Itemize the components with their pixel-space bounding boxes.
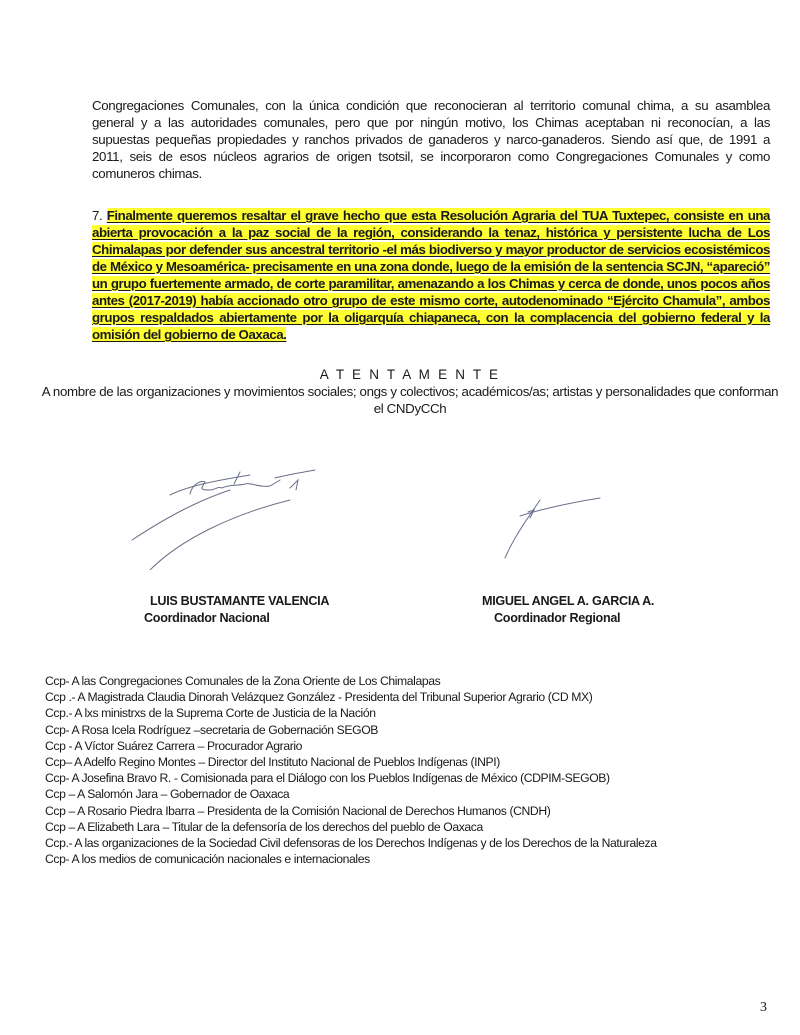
ccp-item: Ccp - A Víctor Suárez Carrera – Procurad… bbox=[45, 738, 657, 754]
ccp-item: Ccp- A las Congregaciones Comunales de l… bbox=[45, 673, 657, 689]
point-seven-paragraph: 7. Finalmente queremos resaltar el grave… bbox=[92, 207, 770, 343]
signatory-role: Coordinador Nacional bbox=[144, 610, 329, 627]
closing-salutation: A T E N T A M E N T E bbox=[40, 366, 780, 383]
signatory-right: MIGUEL ANGEL A. GARCIA A. Coordinador Re… bbox=[482, 593, 654, 627]
ccp-item: Ccp.- A las organizaciones de la Socieda… bbox=[45, 835, 657, 851]
point-number: 7. bbox=[92, 208, 102, 223]
page-number: 3 bbox=[760, 1000, 767, 1016]
intro-paragraph-text: Congregaciones Comunales, con la única c… bbox=[92, 98, 770, 181]
ccp-item: Ccp- A los medios de comunicación nacion… bbox=[45, 851, 657, 867]
ccp-item: Ccp.- A lxs ministrxs de la Suprema Cort… bbox=[45, 705, 657, 721]
ccp-item: Ccp – A Elizabeth Lara – Titular de la d… bbox=[45, 819, 657, 835]
signatory-left: LUIS BUSTAMANTE VALENCIA Coordinador Nac… bbox=[150, 593, 329, 627]
signature-right-image bbox=[490, 480, 610, 560]
ccp-list: Ccp- A las Congregaciones Comunales de l… bbox=[45, 673, 657, 867]
signature-left-image bbox=[130, 460, 330, 570]
ccp-item: Ccp- A Rosa Icela Rodríguez –secretaria … bbox=[45, 722, 657, 738]
signatory-name: LUIS BUSTAMANTE VALENCIA bbox=[150, 593, 329, 610]
ccp-item: Ccp– A Adelfo Regino Montes – Director d… bbox=[45, 754, 657, 770]
signatory-role: Coordinador Regional bbox=[494, 610, 654, 627]
signatory-name: MIGUEL ANGEL A. GARCIA A. bbox=[482, 593, 654, 610]
ccp-item: Ccp – A Salomón Jara – Gobernador de Oax… bbox=[45, 786, 657, 802]
highlighted-statement: Finalmente queremos resaltar el grave he… bbox=[92, 208, 770, 342]
ccp-item: Ccp .- A Magistrada Claudia Dinorah Velá… bbox=[45, 689, 657, 705]
ccp-item: Ccp – A Rosario Piedra Ibarra – Presiden… bbox=[45, 803, 657, 819]
ccp-item: Ccp- A Josefina Bravo R. - Comisionada p… bbox=[45, 770, 657, 786]
intro-paragraph: Congregaciones Comunales, con la única c… bbox=[92, 97, 770, 182]
document-page: Congregaciones Comunales, con la única c… bbox=[0, 0, 800, 1035]
closing-line: A nombre de las organizaciones y movimie… bbox=[40, 383, 780, 417]
